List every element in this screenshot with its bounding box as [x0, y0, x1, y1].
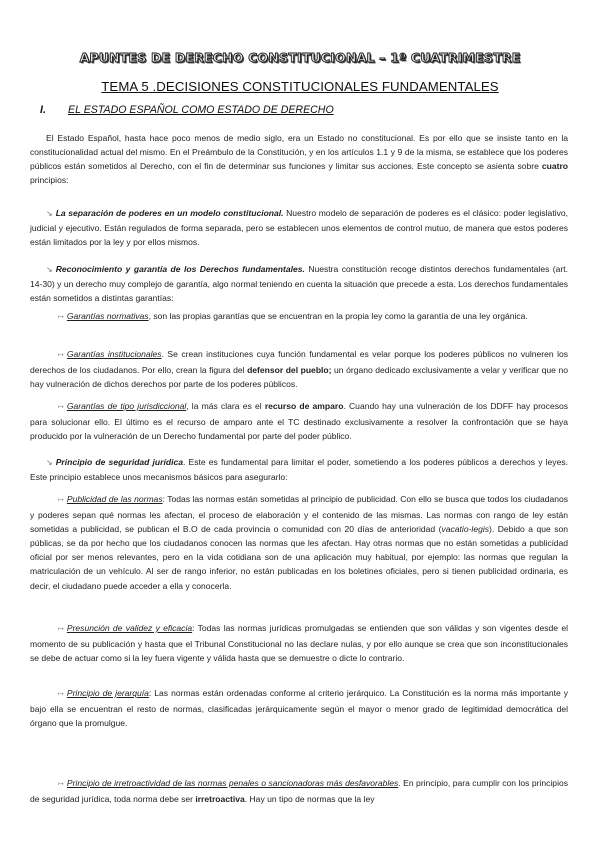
sub-item-bold: irretroactiva [195, 794, 244, 804]
document-header: APUNTES DE DERECHO CONSTITUCIONAL – 1º C… [0, 50, 600, 65]
sub-item-bold: defensor del pueblo; [247, 365, 331, 375]
sub-item-text-end: . Hay un tipo de normas que la ley [245, 794, 375, 804]
check-mark-icon: ↘ [46, 209, 53, 218]
document-page: APUNTES DE DERECHO CONSTITUCIONAL – 1º C… [0, 0, 600, 848]
sub-item-italic: vacatio-legis [442, 524, 490, 534]
principle-title: Principio de seguridad jurídica [56, 457, 183, 467]
arrow-right-icon: ↦ [58, 314, 64, 321]
sub-item-presuncion: ↦Presunción de validez y eficacia: Todas… [30, 621, 568, 665]
sub-item-bold: recurso de amparo [265, 401, 344, 411]
intro-paragraph: El Estado Español, hasta hace poco menos… [30, 131, 568, 187]
intro-bold: cuatro [542, 161, 568, 171]
principle-title: Reconocimiento y garantía de los Derecho… [56, 264, 305, 274]
sub-item-irretroactividad: ↦Principio de irretroactividad de las no… [30, 776, 568, 806]
arrow-right-icon: ↦ [58, 781, 64, 788]
sub-item-title: Garantías de tipo jurisdiccional [67, 401, 186, 411]
principle-derechos: ↘Reconocimiento y garantía de los Derech… [30, 262, 568, 305]
arrow-right-icon: ↦ [58, 352, 64, 359]
principle-seguridad-juridica: ↘Principio de seguridad jurídica. Este e… [30, 455, 568, 484]
sub-item-title: Garantías normativas [67, 311, 149, 321]
arrow-right-icon: ↦ [58, 404, 64, 411]
section-heading: I.EL ESTADO ESPAÑOL COMO ESTADO DE DEREC… [40, 104, 334, 116]
sub-item-garantias-jurisdiccional: ↦Garantías de tipo jurisdiccional, la má… [30, 399, 568, 443]
intro-text: El Estado Español, hasta hace poco menos… [30, 133, 568, 171]
sub-item-text: , la más clara es el [186, 401, 265, 411]
section-title: EL ESTADO ESPAÑOL COMO ESTADO DE DERECHO [68, 104, 334, 116]
sub-item-text: , son las propias garantías que se encue… [149, 311, 528, 321]
section-number: I. [40, 104, 68, 116]
sub-item-garantias-normativas: ↦Garantías normativas, son las propias g… [30, 309, 568, 325]
sub-item-jerarquia: ↦Principio de jerarquía: Las normas está… [30, 686, 568, 730]
sub-item-title: Garantías institucionales [67, 349, 162, 359]
principle-separation: ↘La separación de poderes en un modelo c… [30, 206, 568, 249]
check-mark-icon: ↘ [46, 265, 53, 274]
check-mark-icon: ↘ [46, 458, 53, 467]
tema-title: TEMA 5 .DECISIONES CONSTITUCIONALES FUND… [0, 79, 600, 94]
arrow-right-icon: ↦ [58, 691, 64, 698]
principle-title: La separación de poderes en un modelo co… [56, 208, 284, 218]
sub-item-title: Publicidad de las normas [67, 494, 163, 504]
sub-item-publicidad: ↦Publicidad de las normas: Todas las nor… [30, 492, 568, 593]
arrow-right-icon: ↦ [58, 497, 64, 504]
sub-item-garantias-institucionales: ↦Garantías institucionales. Se crean ins… [30, 347, 568, 391]
sub-item-title: Principio de jerarquía [67, 688, 149, 698]
intro-text-end: principios: [30, 175, 68, 185]
arrow-right-icon: ↦ [58, 626, 64, 633]
sub-item-title: Presunción de validez y eficacia [67, 623, 192, 633]
sub-item-title: Principio de irretroactividad de las nor… [67, 778, 398, 788]
